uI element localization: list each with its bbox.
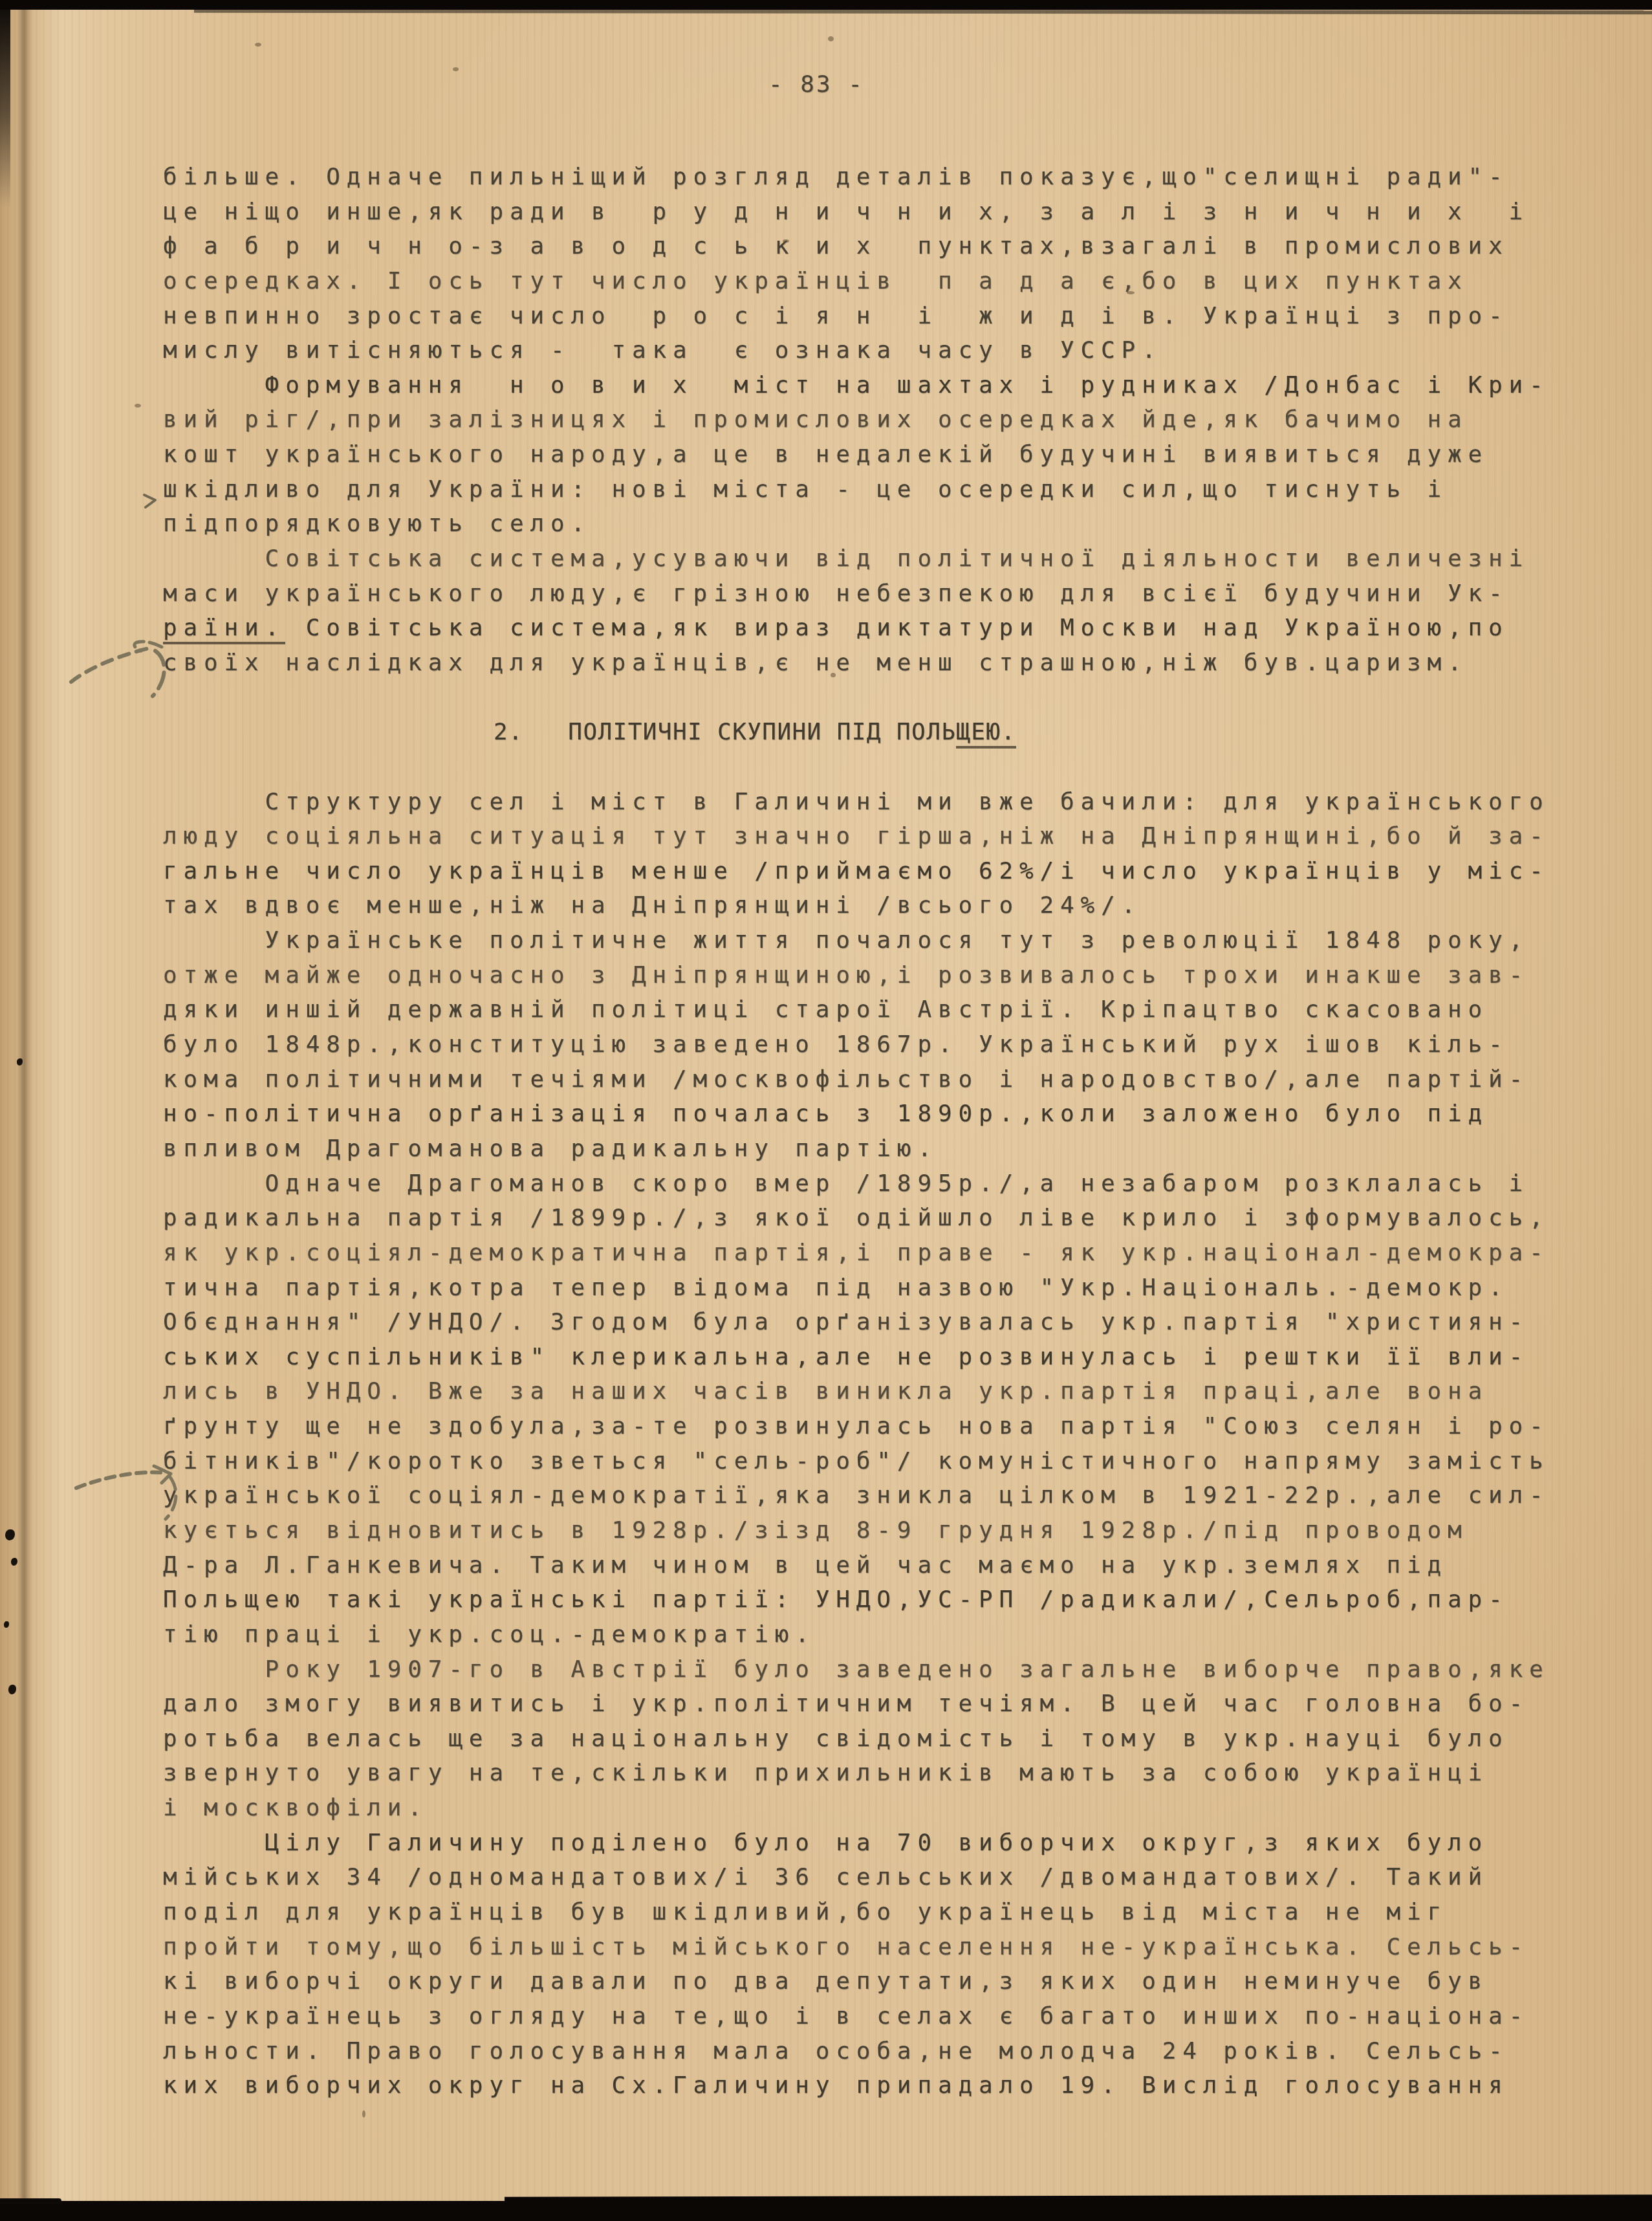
text-line: звернуто увагу на те,скільки прихильникі…	[163, 1756, 1560, 1791]
text-line: люду соціяльна ситуація тут значно гірша…	[163, 819, 1560, 854]
scan-edge-top	[0, 0, 1652, 10]
text-line: ґрунту ще не здобула,за-те розвинулась н…	[163, 1409, 1560, 1444]
page-number: - 83 -	[768, 71, 864, 98]
text-line: кошт українського народу,а це в недалекі…	[163, 437, 1560, 472]
paper-speck	[831, 673, 836, 677]
text-line: пройти тому,що більшість мійського насел…	[163, 1930, 1560, 1965]
text-line: маси українського люду,є грізною небезпе…	[163, 576, 1560, 611]
paper-speck	[362, 2110, 365, 2117]
text-line: лись в УНДО. Вже за наших часів виникла …	[163, 1374, 1560, 1409]
text-line: своїх наслідках для українців,є не менш …	[163, 646, 1560, 681]
text-line: Року 1907-го в Австрії було заведено заг…	[163, 1652, 1560, 1687]
text-line: мійських 34 /одномандатових/і 36 сельськ…	[163, 1860, 1560, 1895]
scan-edge-bottom-corner	[0, 2198, 61, 2204]
paper-speck	[453, 67, 459, 71]
paper-speck	[828, 36, 834, 41]
text-line: дало змогу виявитись і укр.політичним те…	[163, 1687, 1560, 1722]
text-line: бітників"/коротко зветься "сель-роб"/ ко…	[163, 1444, 1560, 1479]
text-line: раїни. Совітська система,як вираз диктат…	[163, 611, 1560, 646]
section-heading: 2. ПОЛІТИЧНІ СКУПИНИ ПІД ПОЛЬЩЕЮ.	[163, 715, 1560, 750]
text-line: української соціял-демократії,яка зникла…	[163, 1478, 1560, 1513]
text-line: не-українець з огляду на те,що і в селах…	[163, 1999, 1560, 2034]
scan-edge-top-left	[0, 0, 10, 207]
text-line: радикальна партія /1899р./,з якої одійшл…	[163, 1201, 1560, 1236]
text-line: ротьба велась ще за національну свідоміс…	[163, 1722, 1560, 1756]
text-line: вий ріг/,при залізницях і промислових ос…	[163, 402, 1560, 437]
text-line: кома політичними течіями /москвофільство…	[163, 1062, 1560, 1097]
text-line: льности. Право голосування мала особа,не…	[163, 2034, 1560, 2069]
text-line: це ніщо инше,як ради в р у д н и ч н и х…	[163, 195, 1560, 230]
text-line: отже майже одночасно з Дніпрянщиною,і ро…	[163, 958, 1560, 993]
scanned-document-page: { "page": { "number_label": "- 83 -", "l…	[0, 0, 1652, 2221]
text-line: поділ для українців був шкідливий,бо укр…	[163, 1895, 1560, 1930]
text-line: но-політична орґанізація почалась з 1890…	[163, 1097, 1560, 1132]
text-line: кі виборчі округи давали по два депутати…	[163, 1964, 1560, 1999]
text-line: Цілу Галичину поділено було на 70 виборч…	[163, 1826, 1560, 1861]
text-line: Формування н о в и х міст на шахтах і ру…	[163, 368, 1560, 403]
text-line: гальне число українців менше /приймаємо …	[163, 854, 1560, 889]
text-line: Совітська система,усуваючи від політично…	[163, 542, 1560, 576]
paper-speck	[1127, 291, 1135, 294]
text-line: було 1848р.,конституцію заведено 1867р. …	[163, 1027, 1560, 1062]
text-line: Українське політичне життя почалося тут …	[163, 923, 1560, 958]
text-line: і москвофіли.	[163, 1791, 1560, 1826]
text-line: невпинно зростає число р о с і я н і ж и…	[163, 299, 1560, 334]
text-line	[163, 750, 1560, 785]
text-line: кується відновитись в 1928р./зізд 8-9 гр…	[163, 1513, 1560, 1548]
text-line: підпорядковують село.	[163, 507, 1560, 542]
text-line: тію праці і укр.соц.-демократію.	[163, 1617, 1560, 1652]
paper-speck	[255, 43, 261, 47]
text-line: Польщею такі українські партії: УНДО,УС-…	[163, 1582, 1560, 1617]
spine-crease	[17, 0, 34, 2221]
text-line: дяки иншій державній політиці старої Авс…	[163, 992, 1560, 1027]
text-line: ких виборчих округ на Сх.Галичину припад…	[163, 2068, 1560, 2103]
text-line	[163, 681, 1560, 716]
text-line: тична партія,котра тепер відома під назв…	[163, 1271, 1560, 1306]
scan-edge-bottom	[0, 2201, 1652, 2221]
text-line: як укр.соціял-демократична партія,і прав…	[163, 1236, 1560, 1271]
text-line: Д-ра Л.Ганкевича. Таким чином в цей час …	[163, 1548, 1560, 1583]
paper-speck	[135, 404, 141, 408]
text-line: шкідливо для України: нові міста - це ос…	[163, 472, 1560, 507]
text-line: ських суспільників" клерикальна,але не р…	[163, 1340, 1560, 1375]
text-line: впливом Драгоманова радикальну партію.	[163, 1132, 1560, 1166]
text-line: тах вдвоє менше,ніж на Дніпрянщині /всьо…	[163, 888, 1560, 923]
text-line: мислу витісняються - така є ознака часу …	[163, 333, 1560, 368]
paper-speck	[783, 239, 789, 243]
text-line: осередках. І ось тут число українців п а…	[163, 264, 1560, 299]
text-line: ф а б р и ч н о-з а в о д с ь к и х пунк…	[163, 229, 1560, 264]
text-line: Одначе Драгоманов скоро вмер /1895р./,а …	[163, 1166, 1560, 1201]
text-line: більше. Одначе пильніщий розгляд деталів…	[163, 160, 1560, 195]
text-line: Обєднання" /УНДО/. Згодом була орґанізув…	[163, 1305, 1560, 1340]
document-text: більше. Одначе пильніщий розгляд деталів…	[163, 160, 1560, 2103]
text-line: Структуру сел і міст в Галичині ми вже б…	[163, 785, 1560, 820]
